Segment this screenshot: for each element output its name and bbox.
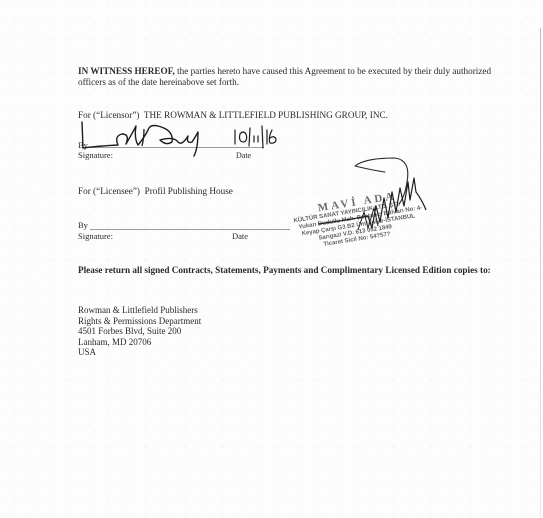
licensee-signature-line	[90, 229, 290, 230]
witness-clause: IN WITNESS HEREOF, the parties hereto ha…	[78, 66, 518, 88]
return-notice: Please return all signed Contracts, Stat…	[78, 264, 508, 276]
address-line: USA	[78, 347, 201, 358]
licensee-by-label: By	[78, 220, 88, 231]
licensor-handwritten-date: 10/11/16	[232, 124, 292, 150]
date-text: 10/11/16	[232, 111, 288, 128]
licensor-date-label: Date	[236, 150, 251, 161]
licensee-name: Profil Publishing House	[145, 186, 233, 196]
witness-lead: IN WITNESS HEREOF,	[78, 66, 175, 76]
address-line: Rowman & Littlefield Publishers	[78, 305, 201, 316]
address-line: 4501 Forbes Blvd, Suite 200	[78, 326, 201, 337]
licensee-date-label: Date	[232, 231, 248, 242]
licensor-signature	[78, 118, 228, 158]
licensee-line: For (“Licensee”) Profil Publishing House	[78, 186, 233, 197]
licensee-label: For (“Licensee”)	[78, 186, 140, 196]
address-line: Rights & Permissions Department	[78, 316, 201, 327]
licensee-signature-label: Signature:	[78, 231, 113, 242]
page-edge-shadow	[540, 28, 541, 518]
licensee-signature	[318, 170, 428, 240]
return-address: Rowman & Littlefield Publishers Rights &…	[78, 305, 201, 358]
address-line: Lanham, MD 20706	[78, 337, 201, 348]
